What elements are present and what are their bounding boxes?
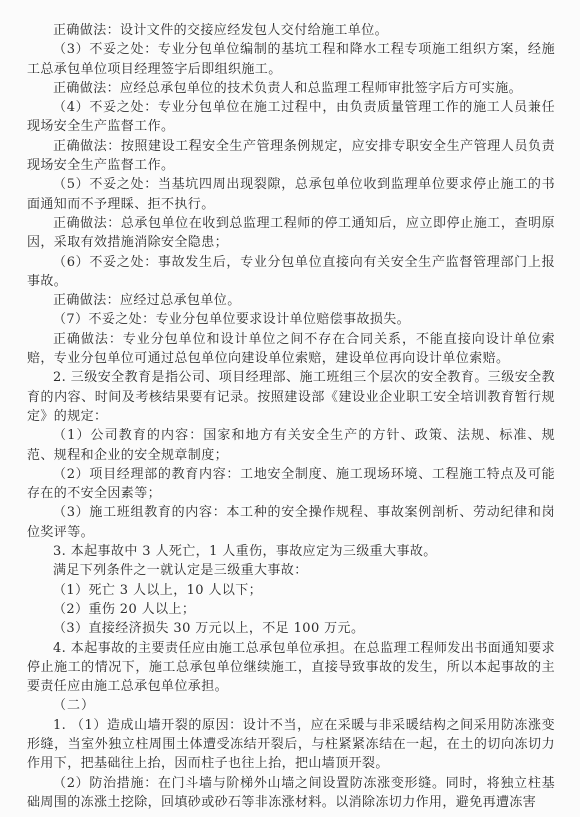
- answer-paragraph: （2）防治措施：在门斗墙与阶梯外山墙之间设置防冻涨变形缝。同时，将独立柱基础周围…: [27, 774, 555, 813]
- answer-paragraph: 3. 本起事故中 3 人死亡，1 人重伤，事故应定为三级重大事故。: [27, 542, 555, 561]
- document-page: 正确做法：设计文件的交接应经发包人交付给施工单位。 （3）不妥之处：专业分包单位…: [0, 0, 580, 817]
- answer-paragraph: （6）不妥之处：事故发生后，专业分包单位直接向有关安全生产监督管理部门上报事故。: [27, 253, 555, 292]
- answer-paragraph: 1. （1）造成山墙开裂的原因：设计不当，应在采暖与非采暖结构之间采用防冻涨变形…: [27, 716, 555, 774]
- answer-paragraph: 4. 本起事故的主要责任应由施工总承包单位承担。在总监理工程师发出书面通知要求停…: [27, 639, 555, 697]
- answer-paragraph: （3）不妥之处：专业分包单位编制的基坑工程和降水工程专项施工组织方案，经施工总承…: [27, 40, 555, 79]
- answer-paragraph: 正确做法：应经过总承包单位。: [27, 291, 555, 310]
- answer-paragraph: 正确做法：按照建设工程安全生产管理条例规定，应安排专职安全生产管理人员负责现场安…: [27, 137, 555, 176]
- answer-paragraph: （7）不妥之处：专业分包单位要求设计单位赔偿事故损失。: [27, 310, 555, 329]
- answer-paragraph: （5）不妥之处：当基坑四周出现裂隙，总承包单位收到监理单位要求停止施工的书面通知…: [27, 175, 555, 214]
- document-body: 正确做法：设计文件的交接应经发包人交付给施工单位。 （3）不妥之处：专业分包单位…: [27, 21, 555, 812]
- answer-paragraph: 正确做法：总承包单位在收到总监理工程师的停工通知后，应立即停止施工，查明原因，采…: [27, 214, 555, 253]
- answer-paragraph: 2. 三级安全教育是指公司、项目经理部、施工班组三个层次的安全教育。三级安全教育…: [27, 368, 555, 426]
- answer-paragraph: （2）重伤 20 人以上；: [27, 600, 555, 619]
- answer-paragraph: 满足下列条件之一就认定是三级重大事故：: [27, 561, 555, 580]
- answer-paragraph: （4）不妥之处：专业分包单位在施工过程中，由负责质量管理工作的施工人员兼任现场安…: [27, 98, 555, 137]
- answer-paragraph: 正确做法：应经总承包单位的技术负责人和总监理工程师审批签字后方可实施。: [27, 79, 555, 98]
- answer-paragraph: （2）项目经理部的教育内容：工地安全制度、施工现场环境、工程施工特点及可能存在的…: [27, 465, 555, 504]
- section-heading: （二）: [27, 696, 555, 715]
- answer-paragraph: （3）直接经济损失 30 万元以上，不足 100 万元。: [27, 619, 555, 638]
- answer-paragraph: 正确做法：专业分包单位和设计单位之间不存在合同关系，不能直接向设计单位索赔，专业…: [27, 330, 555, 369]
- answer-paragraph: （1）死亡 3 人以上，10 人以下；: [27, 581, 555, 600]
- answer-paragraph: 正确做法：设计文件的交接应经发包人交付给施工单位。: [27, 21, 555, 40]
- answer-paragraph: （3）施工班组教育的内容：本工种的安全操作规程、事故案例剖析、劳动纪律和岗位奖评…: [27, 503, 555, 542]
- answer-paragraph: （1）公司教育的内容：国家和地方有关安全生产的方针、政策、法规、标准、规范、规程…: [27, 426, 555, 465]
